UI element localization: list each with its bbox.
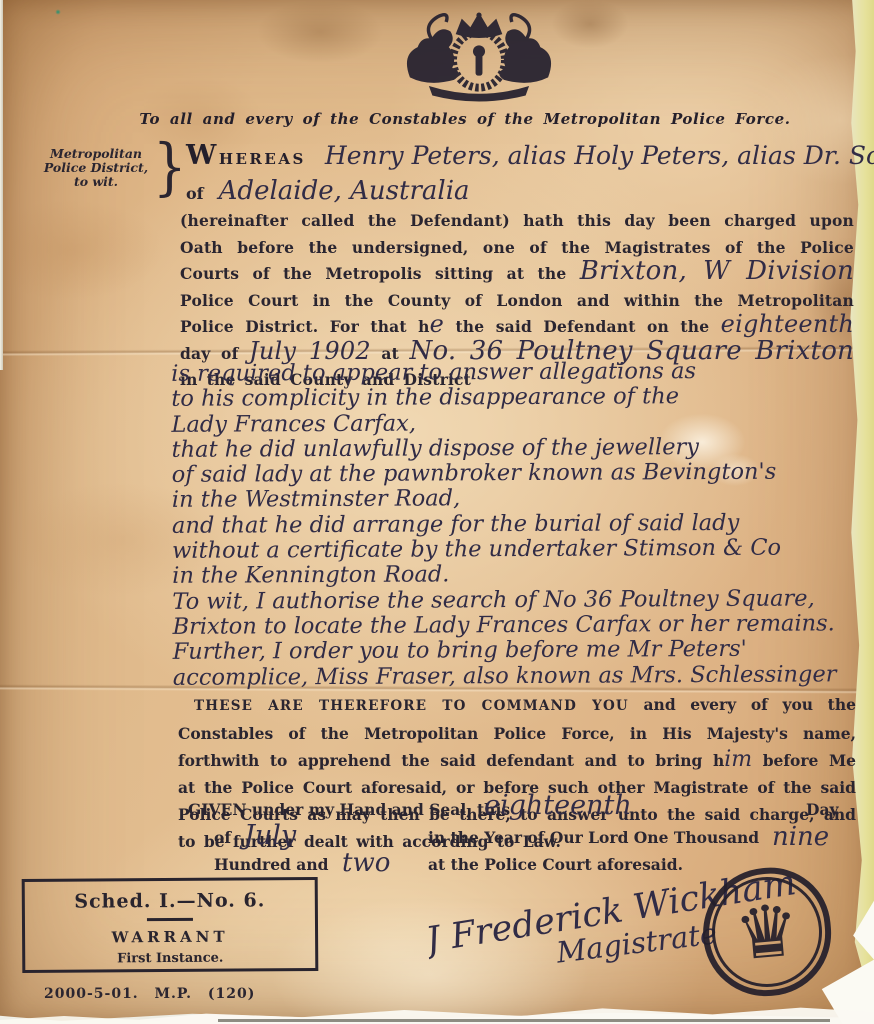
allegations-handwritten-block: is required to appear to answer allegati…	[171, 358, 873, 691]
allegation-line: accomplice, Miss Fraser, also known as M…	[173, 662, 873, 691]
allegation-line: of said lady at the pawnbroker known as …	[172, 459, 872, 488]
court-name-handwritten: Brixton, W Division	[580, 256, 854, 286]
schedule-number: Sched. I.—No. 6.	[25, 889, 315, 913]
margin-note-line: Metropolitan	[40, 147, 152, 161]
address-line: To all and every of the Constables of th…	[0, 110, 874, 128]
given-date-handwritten: eighteenth	[484, 790, 632, 821]
scan-edge-line	[218, 1019, 830, 1022]
defendant-name: Henry Peters, alias Holy Peters, alias D…	[325, 141, 874, 170]
allegation-line: is required to appear to answer allegati…	[171, 358, 871, 387]
allegation-line: in the Westminster Road,	[172, 485, 872, 514]
margin-note-line: Police District,	[40, 161, 152, 175]
year-text: in the Year of Our Lord One Thousand	[428, 828, 759, 847]
command-lead: These are therefore to command you	[194, 698, 629, 714]
of-label: of	[186, 184, 204, 203]
charge-text: the said Defendant on the	[455, 317, 709, 336]
hundred-label: Hundred and	[214, 855, 328, 874]
scan-left-edge	[0, 0, 3, 370]
allegation-line: without a certificate by the undertaker …	[172, 535, 872, 564]
margin-note-line: to wit.	[40, 175, 152, 189]
scanned-warrant-document: To all and every of the Constables of th…	[0, 0, 874, 1024]
given-text: GIVEN under my Hand and Seal, this	[188, 800, 510, 819]
print-code: 2000-5-01. M.P. (120)	[44, 986, 255, 1002]
of-label: of	[214, 828, 231, 847]
him-insert-handwritten: im	[724, 747, 752, 772]
place-text: at the Police Court aforesaid.	[428, 855, 683, 874]
schedule-box: Sched. I.—No. 6. WARRANT First Instance.	[22, 877, 319, 973]
allegation-line: to his complicity in the disappearance o…	[171, 383, 871, 412]
margin-brace: }	[153, 130, 187, 203]
crown-icon: ♛	[705, 877, 829, 987]
day-label: Day	[806, 800, 839, 819]
whereas-label: Whereas	[186, 150, 306, 168]
defendant-origin: Adelaide, Australia	[219, 176, 470, 206]
first-instance-label: First Instance.	[25, 950, 315, 967]
warrant-label: WARRANT	[25, 927, 315, 947]
allegation-line: Lady Frances Carfax,	[171, 409, 871, 438]
he-insert-handwritten: e	[430, 310, 444, 338]
date-handwritten: eighteenth	[721, 310, 854, 338]
margin-note: Metropolitan Police District, to wit.	[40, 147, 152, 189]
allegation-line: Brixton to locate the Lady Frances Carfa…	[172, 611, 872, 640]
two-handwritten: two	[342, 848, 390, 878]
royal-coat-of-arms-icon	[384, 2, 574, 106]
schedule-divider	[147, 918, 193, 921]
whereas-initial: W	[186, 140, 219, 171]
nine-handwritten: nine	[772, 822, 829, 852]
given-month-handwritten: July	[244, 820, 296, 851]
whereas-rest: hereas	[219, 150, 306, 168]
origin-line: of Adelaide, Australia	[186, 176, 470, 206]
whereas-line: Whereas Henry Peters, alias Holy Peters,…	[186, 140, 874, 171]
